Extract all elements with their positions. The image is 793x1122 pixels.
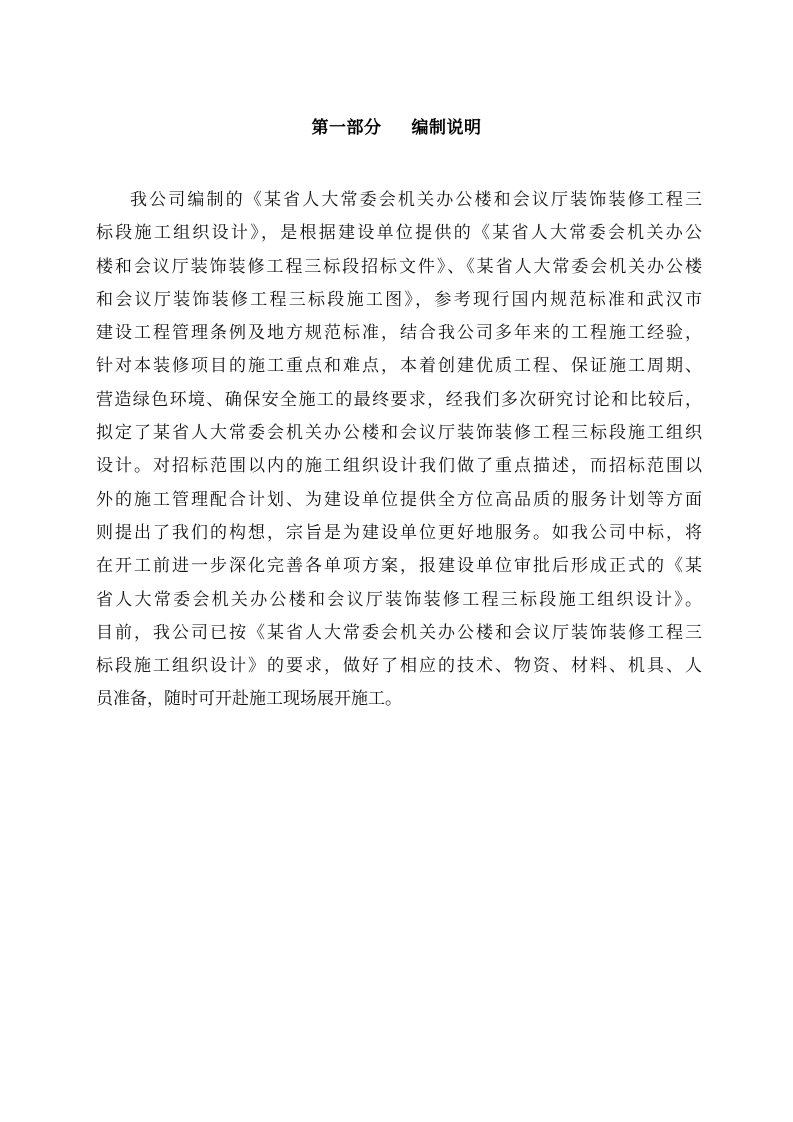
section-title-part: 第一部分 [312,118,382,138]
section-title: 第一部分编制说明 [0,113,793,138]
paragraph-line: 省人大常委会机关办公楼和会议厅装饰装修工程三标段施工组织设计》。 [96,584,702,617]
paragraph-line: 在开工前进一步深化完善各单项方案，报建设单位审批后形成正式的《某 [96,550,702,583]
paragraph-line: 我公司编制的《某省人大常委会机关办公楼和会议厅装饰装修工程三 [96,184,702,217]
paragraph-line: 员准备，随时可开赴施工现场展开施工。 [96,683,702,716]
paragraph-line: 设计。对招标范围以内的施工组织设计我们做了重点描述，而招标范围以 [96,450,702,483]
paragraph-line: 建设工程管理条例及地方规范标准，结合我公司多年来的工程施工经验， [96,317,702,350]
paragraph-line: 外的施工管理配合计划、为建设单位提供全方位高品质的服务计划等方面 [96,484,702,517]
paragraph-line: 和会议厅装饰装修工程三标段施工图》，参考现行国内规范标准和武汉市 [96,284,702,317]
paragraph-line: 则提出了我们的构想，宗旨是为建设单位更好地服务。如我公司中标，将 [96,517,702,550]
paragraph-line: 拟定了某省人大常委会机关办公楼和会议厅装饰装修工程三标段施工组织 [96,417,702,450]
paragraph-line: 标段施工组织设计》的要求，做好了相应的技术、物资、材料、机具、人 [96,650,702,683]
paragraph-line: 标段施工组织设计》，是根据建设单位提供的《某省人大常委会机关办公 [96,217,702,250]
paragraph-line: 目前，我公司已按《某省人大常委会机关办公楼和会议厅装饰装修工程三 [96,617,702,650]
paragraph-line: 针对本装修项目的施工重点和难点，本着创建优质工程、保证施工周期、 [96,350,702,383]
paragraph-line: 营造绿色环境、确保安全施工的最终要求，经我们多次研究讨论和比较后， [96,384,702,417]
body-paragraph: 我公司编制的《某省人大常委会机关办公楼和会议厅装饰装修工程三 标段施工组织设计》… [96,184,702,717]
paragraph-line: 楼和会议厅装饰装修工程三标段招标文件》、《某省人大常委会机关办公楼 [96,251,702,284]
section-title-name: 编制说明 [412,118,482,138]
document-page: 第一部分编制说明 我公司编制的《某省人大常委会机关办公楼和会议厅装饰装修工程三 … [0,0,793,1122]
